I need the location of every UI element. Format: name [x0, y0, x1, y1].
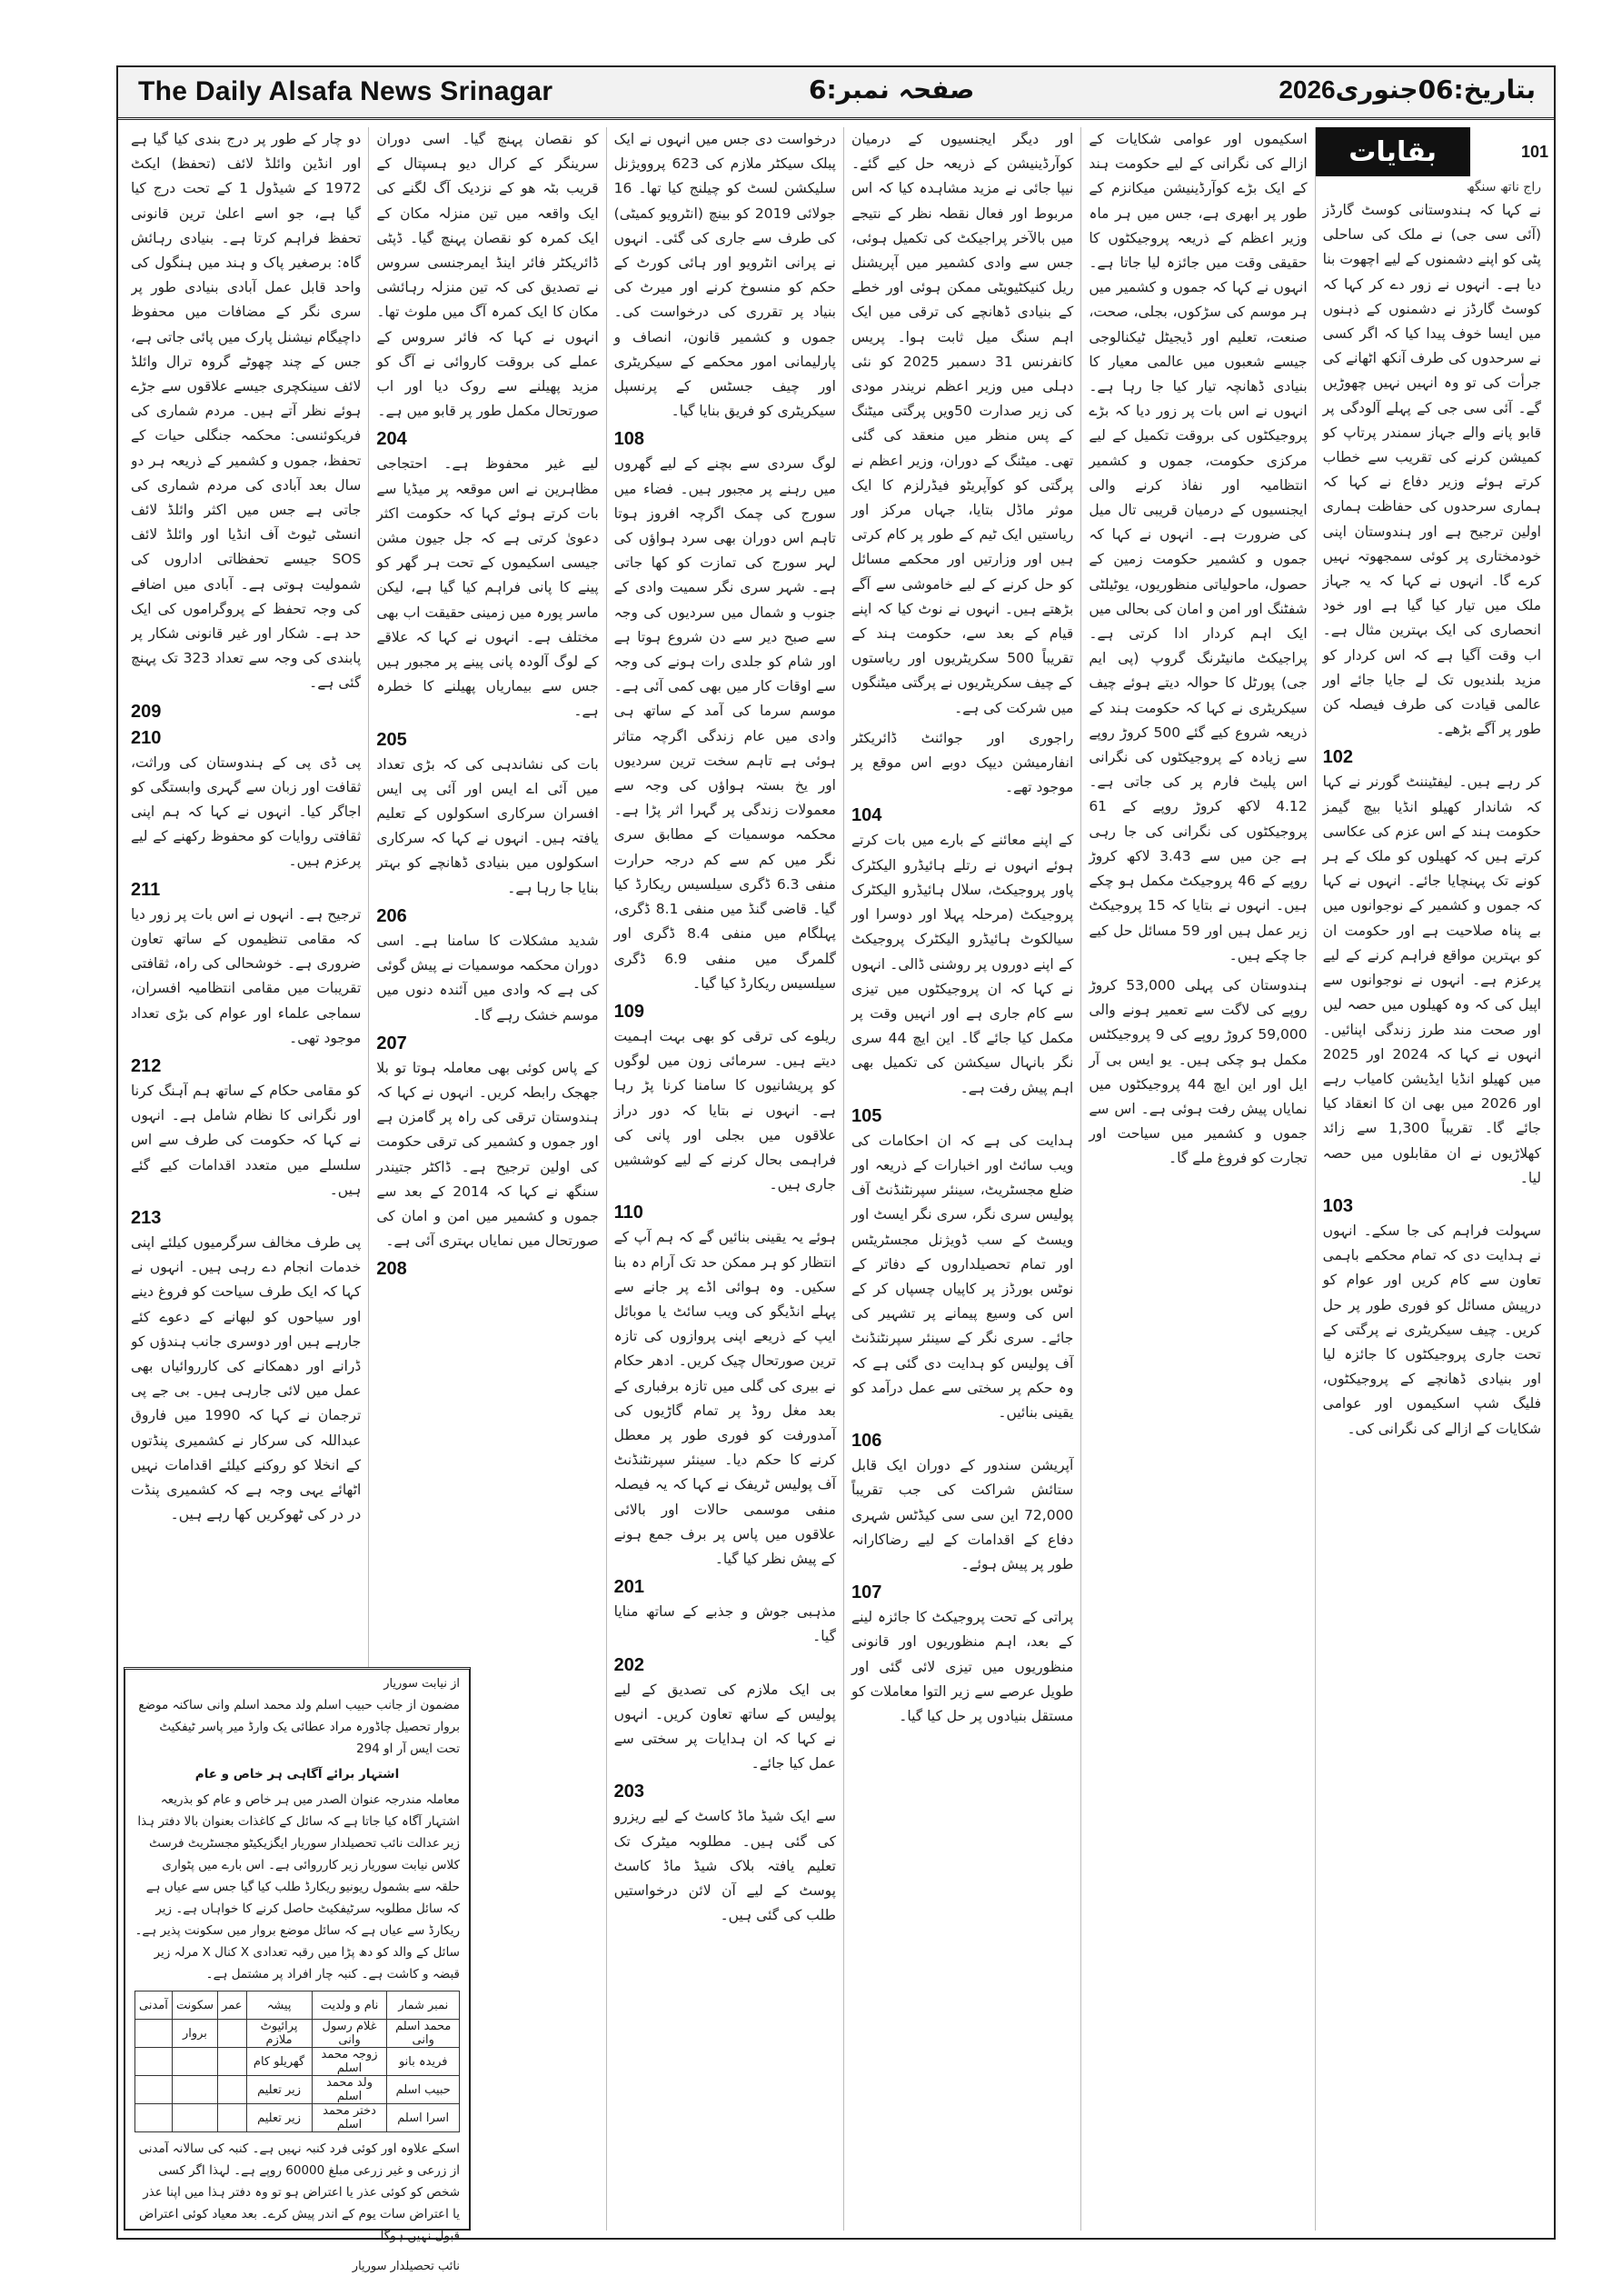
table-cell	[218, 2048, 246, 2076]
article-paragraph: کے پاس کوئی بھی معاملہ ہوتا تو بلا جھجک …	[376, 1056, 598, 1254]
article-paragraph: دو چار کے طور پر درج بندی کیا گیا ہے اور…	[131, 127, 361, 696]
article-paragraph: نے کہا کہ ہندوستانی کوسٹ گارڈز (آئی سی ج…	[1323, 198, 1541, 742]
article-paragraph: ریلوے کی ترقی کو بھی بہت اہمیت دیتے ہیں۔…	[614, 1024, 836, 1197]
article-blocks: اسکیموں اور عوامی شکایات کے ازالے کی نگر…	[1089, 127, 1307, 1172]
section-number: 206	[376, 906, 598, 927]
table-header: آمدنی	[135, 1992, 173, 2020]
section-number: 101	[1470, 127, 1548, 176]
article-paragraph: کو مقامی حکام کے ساتھ ہم آہنگ کرنا اور ن…	[131, 1079, 361, 1203]
section-number: 203	[614, 1782, 836, 1802]
baqiyat-header: بقایات 101	[1316, 127, 1548, 176]
baqiyat-title: بقایات	[1316, 127, 1470, 176]
table-cell: دختر محمد اسلم	[312, 2104, 387, 2132]
table-header: سکونت	[172, 1992, 217, 2020]
column-3: اور دیگر ایجنسیوں کے درمیان کوآرڈینیشن ک…	[843, 127, 1080, 2231]
table-cell: گھریلو کام	[246, 2048, 312, 2076]
table-cell	[172, 2048, 217, 2076]
masthead: The Daily Alsafa News Srinagar صفحہ نمبر…	[118, 67, 1554, 120]
table-row: اسرا اسلمدختر محمد اسلمزیر تعلیم	[135, 2104, 460, 2132]
article-paragraph: لیے غیر محفوظ ہے۔ احتجاجی مظاہرین نے اس …	[376, 452, 598, 724]
article-paragraph: ترجیح ہے۔ انہوں نے اس بات پر زور دیا کہ …	[131, 903, 361, 1051]
public-notice: از نیابت سوریار مضمون از جانب حبیب اسلم …	[124, 1667, 471, 2231]
article-paragraph: شدید مشکلات کا سامنا ہے۔ اسی دوران محکمہ…	[376, 929, 598, 1028]
table-cell: حبیب اسلم	[387, 2076, 460, 2104]
table-cell	[135, 2048, 173, 2076]
table-cell: زیر تعلیم	[246, 2076, 312, 2104]
table-header: عمر	[218, 1992, 246, 2020]
article-paragraph: آپریشن سندور کے دوران ایک قابل ستائش شرا…	[851, 1453, 1073, 1577]
column-1: بقایات 101 راج ناتھ سنگھ نے کہا کہ ہندوس…	[1315, 127, 1548, 2231]
article-blocks: درخواست دی جس میں انہوں نے ایک پبلک سیکٹ…	[614, 127, 836, 1928]
section-number: 107	[851, 1582, 1073, 1603]
section-number: 212	[131, 1056, 361, 1077]
table-cell: غلام رسول وانی	[312, 2020, 387, 2048]
notice-subject: مضمون از جانب حبیب اسلم ولد محمد اسلم وا…	[134, 1694, 460, 1760]
section-number: 109	[614, 1002, 836, 1023]
article-paragraph: کر رہے ہیں۔ لیفٹیننٹ گورنر نے کہا کہ شان…	[1323, 770, 1541, 1190]
section-number: 201	[614, 1577, 836, 1598]
table-cell: زوجہ محمد اسلم	[312, 2048, 387, 2076]
section-number: 106	[851, 1431, 1073, 1452]
section-number: 213	[131, 1208, 361, 1229]
table-cell	[218, 2076, 246, 2104]
article-blocks: دو چار کے طور پر درج بندی کیا گیا ہے اور…	[131, 127, 361, 1532]
article-paragraph: بات کی نشاندہی کی کہ بڑی تعداد میں آئی ا…	[376, 753, 598, 901]
family-table: نمبر شمارنام و ولدیتپیشہعمرسکونتآمدنی مح…	[134, 1991, 460, 2132]
page-number: صفحہ نمبر:6	[809, 75, 974, 105]
table-cell	[218, 2020, 246, 2048]
section-number: 204	[376, 429, 598, 450]
notice-body: معاملہ مندرجہ عنوان الصدر میں ہر خاص و ع…	[134, 1789, 460, 1985]
table-header: نام و ولدیت	[312, 1992, 387, 2020]
notice-ref: از نیابت سوریار	[134, 1677, 460, 1691]
section-number: 202	[614, 1655, 836, 1676]
section-number: 110	[614, 1203, 836, 1223]
notice-heading: اشتہار برائے آگاہی ہر خاص و عام	[134, 1763, 460, 1785]
section-number: 105	[851, 1106, 1073, 1127]
date-year: 2026	[1279, 75, 1335, 104]
section-number: 103	[1323, 1196, 1541, 1217]
section-number: 207	[376, 1033, 598, 1054]
section-number: 211	[131, 880, 361, 901]
newspaper-page: The Daily Alsafa News Srinagar صفحہ نمبر…	[116, 65, 1556, 2240]
table-row: حبیب اسلمولد محمد اسلمزیر تعلیم	[135, 2076, 460, 2104]
table-cell	[135, 2076, 173, 2104]
newspaper-title: The Daily Alsafa News Srinagar	[138, 76, 552, 107]
notice-footer: اسکے علاوہ اور کوئی فرد کنبہ نہیں ہے۔ کن…	[134, 2138, 460, 2247]
article-paragraph: سے ایک شیڈ ماڈ کاسٹ کے لیے ریزرو کی گئی …	[614, 1804, 836, 1928]
table-cell: زیر تعلیم	[246, 2104, 312, 2132]
article-paragraph: بی ایک ملازم کی تصدیق کے لیے پولیس کے سا…	[614, 1678, 836, 1777]
article-paragraph: مذہبی جوش و جذبے کے ساتھ منایا گیا۔	[614, 1600, 836, 1649]
article-blocks: نے کہا کہ ہندوستانی کوسٹ گارڈز (آئی سی ج…	[1323, 198, 1541, 1442]
table-header: پیشہ	[246, 1992, 312, 2020]
table-cell: فریدہ بانو	[387, 2048, 460, 2076]
article-paragraph: ہندوستان کی پہلی 53,000 کروڑ روپے کی لاگ…	[1089, 973, 1307, 1172]
table-cell	[172, 2076, 217, 2104]
section-number: 104	[851, 805, 1073, 826]
issue-date: بتاریخ:06جنوری2026	[1279, 75, 1536, 105]
article-paragraph: لوگ سردی سے بچنے کے لیے گھروں میں رہنے پ…	[614, 452, 836, 995]
article-paragraph: درخواست دی جس میں انہوں نے ایک پبلک سیکٹ…	[614, 127, 836, 424]
article-paragraph: کے اپنے معائنے کے بارے میں بات کرتے ہوئے…	[851, 828, 1073, 1100]
article-paragraph: پراتی کے تحت پروجیکٹ کا جائزہ لینے کے بع…	[851, 1605, 1073, 1729]
article-blocks: کو نقصان پہنچ گیا۔ اسی دوران سرینگر کے ک…	[376, 127, 598, 1280]
table-cell: پرائیوٹ ملازم	[246, 2020, 312, 2048]
table-cell: بروار	[172, 2020, 217, 2048]
article-blocks: اور دیگر ایجنسیوں کے درمیان کوآرڈینیشن ک…	[851, 127, 1073, 1729]
article-paragraph: سہولت فراہم کی جا سکے۔ انہوں نے ہدایت دی…	[1323, 1219, 1541, 1442]
table-cell	[135, 2104, 173, 2132]
article-paragraph: پی طرف مخالف سرگرمیوں کیلئے اپنی خدمات ا…	[131, 1231, 361, 1527]
section-number: 205	[376, 730, 598, 751]
table-row: فریدہ بانوزوجہ محمد اسلمگھریلو کام	[135, 2048, 460, 2076]
section-number: 208	[376, 1259, 598, 1280]
article-paragraph: اسکیموں اور عوامی شکایات کے ازالے کی نگر…	[1089, 127, 1307, 968]
date-day-month: بتاریخ:06جنوری	[1336, 75, 1536, 105]
article-paragraph: ہوئے یہ یقینی بنائیں گے کہ ہم آپ کے انتظ…	[614, 1225, 836, 1572]
byline: راج ناتھ سنگھ	[1323, 180, 1541, 195]
table-cell	[218, 2104, 246, 2132]
article-paragraph: پی ڈی پی کے ہندوستان کی وراثت، ثقافت اور…	[131, 751, 361, 874]
article-paragraph: اور دیگر ایجنسیوں کے درمیان کوآرڈینیشن ک…	[851, 127, 1073, 721]
section-number: 102	[1323, 747, 1541, 768]
section-number: 210	[131, 728, 361, 749]
table-row: محمد اسلم وانیغلام رسول وانیپرائیوٹ ملاز…	[135, 2020, 460, 2048]
table-cell: محمد اسلم وانی	[387, 2020, 460, 2048]
table-cell	[172, 2104, 217, 2132]
column-2: اسکیموں اور عوامی شکایات کے ازالے کی نگر…	[1080, 127, 1314, 2231]
article-paragraph: ہدایت کی ہے کہ ان احکامات کی ویب سائٹ او…	[851, 1129, 1073, 1425]
table-cell: اسرا اسلم	[387, 2104, 460, 2132]
article-paragraph: راجوری اور جوائنٹ ڈائریکٹر انفارمیشن دیپ…	[851, 726, 1073, 801]
table-cell: ولد محمد اسلم	[312, 2076, 387, 2104]
notice-signature: نائب تحصیلدار سوریار	[134, 2260, 460, 2273]
table-cell	[135, 2020, 173, 2048]
section-number: 209	[131, 702, 361, 723]
article-paragraph: کو نقصان پہنچ گیا۔ اسی دوران سرینگر کے ک…	[376, 127, 598, 424]
section-number: 108	[614, 429, 836, 450]
column-4: درخواست دی جس میں انہوں نے ایک پبلک سیکٹ…	[606, 127, 843, 2231]
table-header: نمبر شمار	[387, 1992, 460, 2020]
